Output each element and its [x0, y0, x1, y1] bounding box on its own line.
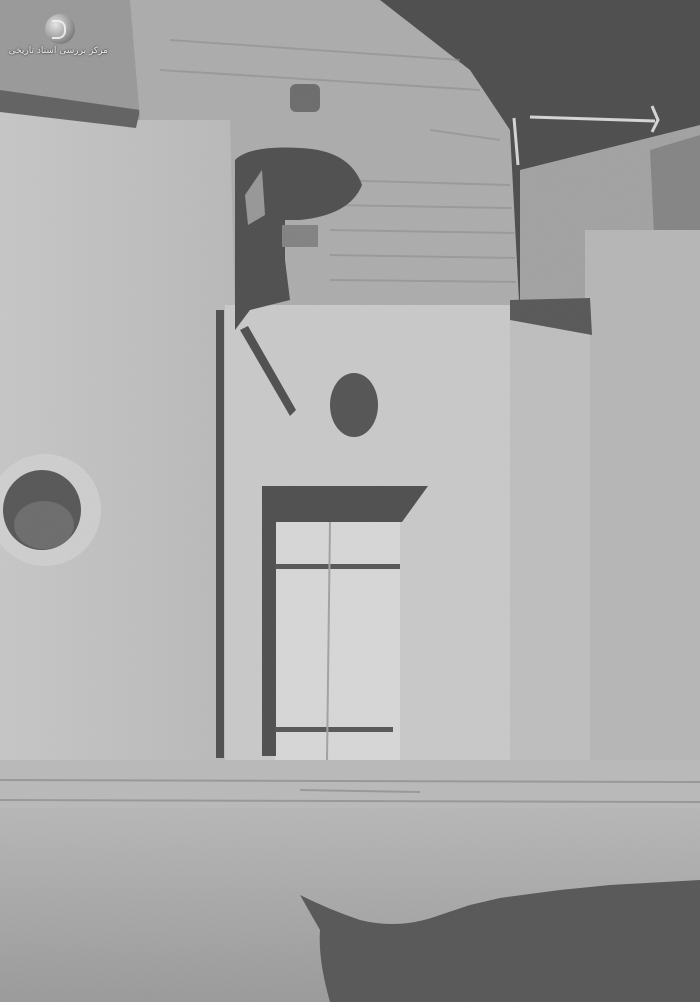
historical-photograph: مرکز بررسی اسناد تاریخی	[0, 0, 700, 1002]
watermark: مرکز بررسی اسناد تاریخی	[12, 14, 108, 56]
photo-scene	[0, 0, 700, 1002]
watermark-text: مرکز بررسی اسناد تاریخی	[12, 46, 108, 56]
document-archive-logo-icon	[45, 14, 75, 44]
